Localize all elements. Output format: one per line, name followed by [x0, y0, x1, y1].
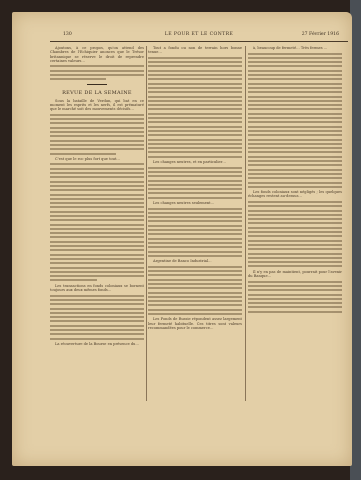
- column-2: Tout a fondu ou non de terrain hors bonn…: [148, 46, 242, 331]
- paragraph: Les fonds coloniaux sont négligés ; les …: [248, 190, 342, 199]
- newspaper-page: 130 LE POUR ET LE CONTRE 27 Février 1916…: [12, 12, 352, 466]
- column-3: à, beaucoup de fermeté… Très fermes … Le…: [248, 46, 342, 315]
- paragraph: Les transactions en fonds coloniaux se b…: [50, 284, 144, 293]
- column-divider: [146, 46, 147, 401]
- paragraph: Les changes neutres, et en particulier…: [148, 160, 242, 164]
- section-heading: REVUE DE LA SEMAINE: [50, 91, 144, 95]
- paragraph: Les Fonds de Russie répondent assez larg…: [148, 317, 242, 330]
- paragraph: Sous la bataille de Verdun, qui bat en c…: [50, 99, 144, 112]
- paragraph: Ajoutons, à ce propos, qu'on attend des …: [50, 46, 144, 63]
- issue-date: 27 Février 1916: [302, 32, 339, 37]
- paragraph: à, beaucoup de fermeté… Très fermes …: [248, 46, 342, 50]
- paragraph: Les changes neutres seulement…: [148, 201, 242, 205]
- paragraph: Il n'y en pas de maintient, pourrait pou…: [248, 270, 342, 279]
- paragraph: Argentine de Banco Industrial…: [148, 259, 242, 263]
- paragraph: La réouverture de la Bourse en présence …: [50, 342, 144, 346]
- paragraph: C'est que le roc plus fort que tout…: [50, 157, 144, 161]
- column-divider: [245, 46, 246, 401]
- column-1: Ajoutons, à ce propos, qu'on attend des …: [50, 46, 144, 347]
- section-rule: [87, 84, 107, 85]
- page-header: 130 LE POUR ET LE CONTRE 27 Février 1916: [50, 29, 348, 42]
- paragraph: Tout a fondu ou non de terrain hors bonn…: [148, 46, 242, 55]
